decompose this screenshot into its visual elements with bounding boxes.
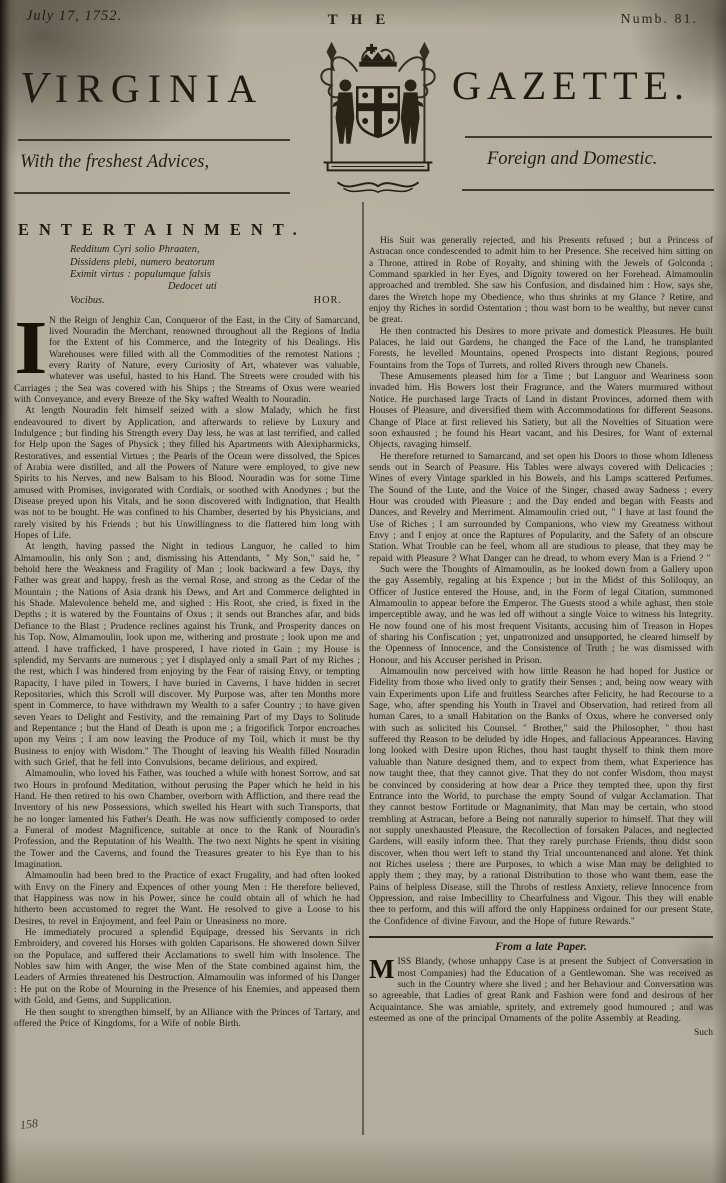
masthead-the: THE [0, 12, 726, 29]
opening-text: N the Reign of Jenghiz Can, Conqueror of… [14, 316, 360, 405]
masthead-rule-left-bottom [14, 192, 290, 194]
right-column: His Suit was generally rejected, and his… [369, 236, 713, 1040]
motto-attribution: Vocibus. HOR. [70, 294, 342, 307]
royal-coat-of-arms-icon [294, 38, 462, 206]
motto-final-word: Vocibus. [70, 294, 105, 307]
paragraph: Almamoulin now perceived with how little… [369, 667, 713, 928]
paragraph: He immediately procured a splendid Equip… [14, 928, 360, 1007]
paragraph: Almamoulin, who loved his Father, was to… [14, 769, 360, 871]
newspaper-page: July 17, 1752. THE Numb. 81. VIRGINIA GA… [0, 0, 726, 1183]
motto-lines: Redditum Cyri solio Phraaten,Dissidens p… [70, 244, 342, 293]
paragraph: These Amusements pleased him for a Time … [369, 372, 713, 451]
title-rest: IRGINIA [55, 66, 264, 111]
paragraph: At length Nouradin felt himself seized w… [14, 406, 360, 542]
motto-author: HOR. [314, 294, 342, 307]
subtitle-right: Foreign and Domestic. [487, 149, 657, 170]
paragraph: Dissidens plebi, numero beatorum [70, 257, 342, 269]
masthead-title-gazette: GAZETTE. [452, 62, 690, 109]
paragraph: His Suit was generally rejected, and his… [369, 236, 713, 327]
paragraph: Almamoulin had been bred to the Practice… [14, 871, 360, 928]
miss-blandy-paragraph: MISS Blandy, (whose unhappy Case is at p… [369, 957, 713, 1025]
masthead-title-virginia: VIRGINIA [20, 62, 264, 113]
right-column-paragraphs: His Suit was generally rejected, and his… [369, 236, 713, 928]
catchword: Such [369, 1028, 713, 1039]
late-paper-heading: From a late Paper. [369, 942, 713, 953]
latin-motto: Redditum Cyri solio Phraaten,Dissidens p… [70, 244, 342, 306]
column-divider [362, 202, 364, 1135]
paragraph: Such were the Thoughts of Almamoulin, as… [369, 565, 713, 667]
left-column-paragraphs: At length Nouradin felt himself seized w… [14, 406, 360, 1030]
masthead-rule-left-top [18, 139, 290, 141]
title-initial: V [20, 63, 55, 112]
paragraph: Dedocet uti [168, 281, 342, 293]
paragraph: He then sought to strengthen himself, by… [14, 1008, 360, 1031]
miss-blandy-text: ISS Blandy, (whose unhappy Case is at pr… [369, 957, 713, 1024]
drop-cap-m: M [369, 958, 394, 980]
section-heading: ENTERTAINMENT. [18, 224, 360, 235]
masthead-rule-right-top [465, 136, 712, 138]
opening-paragraph: IN the Reign of Jenghiz Can, Conqueror o… [14, 316, 360, 407]
issue-number: Numb. 81. [621, 12, 699, 28]
paragraph: Eximit virtus : populumque falsis [70, 269, 342, 281]
paragraph: Redditum Cyri solio Phraaten, [70, 244, 342, 256]
paragraph: At length, having passed the Night in te… [14, 542, 360, 769]
late-paper-rule [369, 936, 713, 938]
paragraph: He therefore returned to Samarcand, and … [369, 452, 713, 565]
drop-cap-i: I [14, 319, 48, 377]
left-column: ENTERTAINMENT. Redditum Cyri solio Phraa… [14, 224, 360, 1030]
paragraph: He then contracted his Desires to more p… [369, 327, 713, 372]
subtitle-left: With the freshest Advices, [20, 152, 209, 173]
page-number: 158 [19, 1116, 39, 1133]
masthead-rule-right-bottom [462, 189, 714, 191]
